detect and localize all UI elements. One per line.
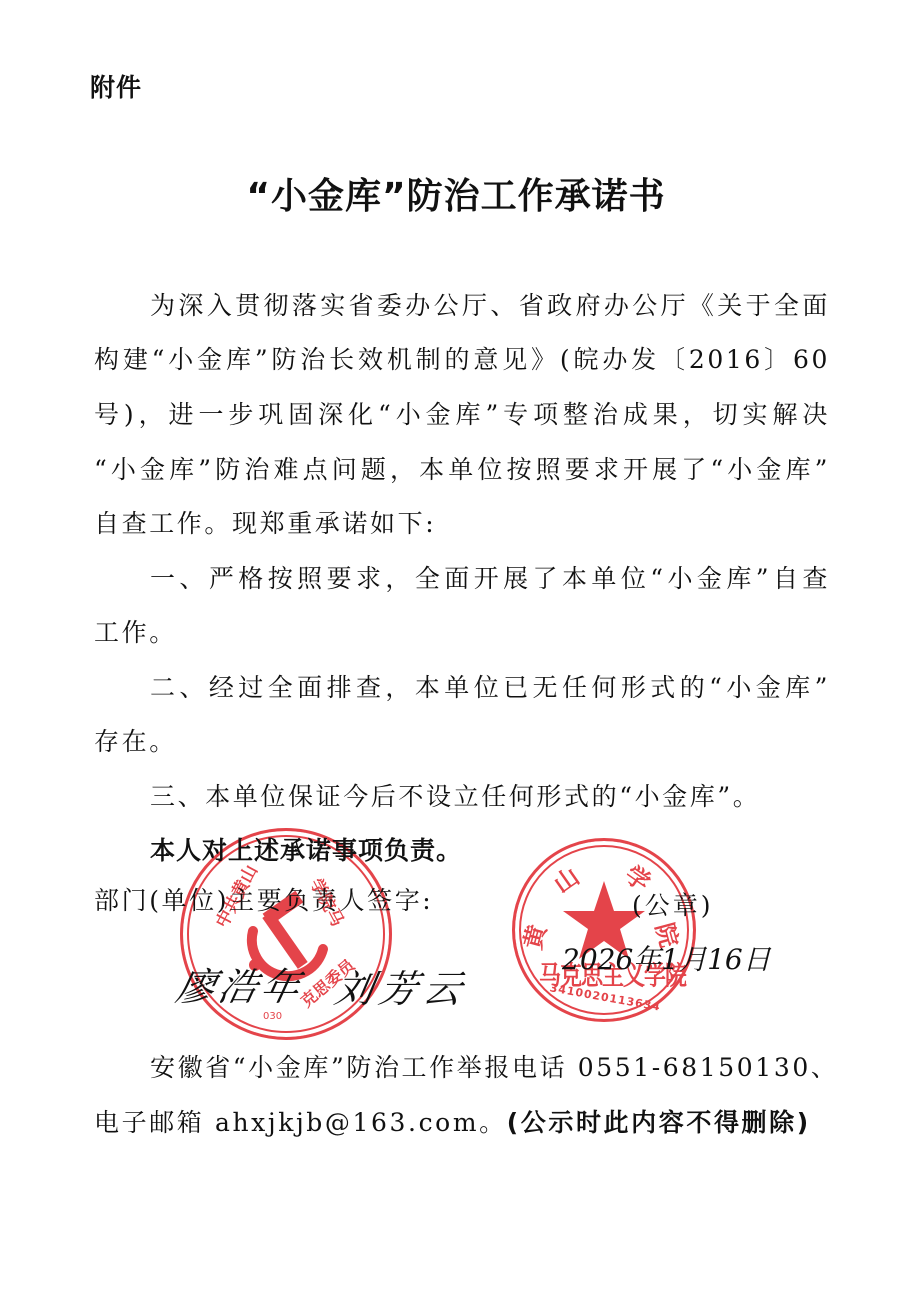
signature-label: 部门(单位)主要负责人签字: <box>94 886 834 916</box>
signature-2: 刘芳云 <box>331 958 473 1013</box>
email-text: 电子邮箱 ahxjkjb@163.com。 <box>94 1108 507 1137</box>
seal-code: 3410020113634 <box>549 981 662 1013</box>
commitment-1-continuation: 工作。 <box>94 618 834 648</box>
seal-char-huang: 黄 <box>513 920 553 952</box>
signing-date: 2026年1月16日 <box>562 938 771 978</box>
responsibility-statement: 本人对上述承诺事项负责。 <box>150 836 890 866</box>
body-line-5: 自查工作。现郑重承诺如下: <box>94 509 834 539</box>
commitment-3: 三、本单位保证今后不设立任何形式的“小金库”。 <box>150 782 890 812</box>
seal-code: 030 <box>263 1011 282 1022</box>
commitment-2-continuation: 存在。 <box>94 727 834 757</box>
signature-1: 廖浩年 <box>172 956 310 1011</box>
body-line-4: “小金库”防治难点问题，本单位按照要求开展了“小金库” <box>94 455 830 485</box>
body-line-2: 构建“小金库”防治长效机制的意见》(皖办发〔2016〕60 <box>94 345 830 375</box>
commitment-2: 二、经过全面排查，本单位已无任何形式的“小金库” <box>150 673 830 703</box>
commitment-1: 一、严格按照要求，全面开展了本单位“小金库”自查 <box>150 564 830 594</box>
body-line-3: 号)，进一步巩固深化“小金库”专项整治成果，切实解决 <box>94 400 830 430</box>
seal-label: (公章) <box>632 886 714 922</box>
star-icon <box>515 841 693 1019</box>
document-title: “小金库”防治工作承诺书 <box>0 168 912 219</box>
body-line-1: 为深入贯彻落实省委办公厅、省政府办公厅《关于全面 <box>150 291 830 321</box>
publicity-note: (公示时此内容不得删除) <box>507 1108 811 1137</box>
attachment-label: 附件 <box>90 68 142 104</box>
report-email-line: 电子邮箱 ahxjkjb@163.com。(公示时此内容不得删除) <box>94 1108 834 1138</box>
report-hotline-line: 安徽省“小金库”防治工作举报电话 0551-68150130、 <box>150 1053 830 1083</box>
